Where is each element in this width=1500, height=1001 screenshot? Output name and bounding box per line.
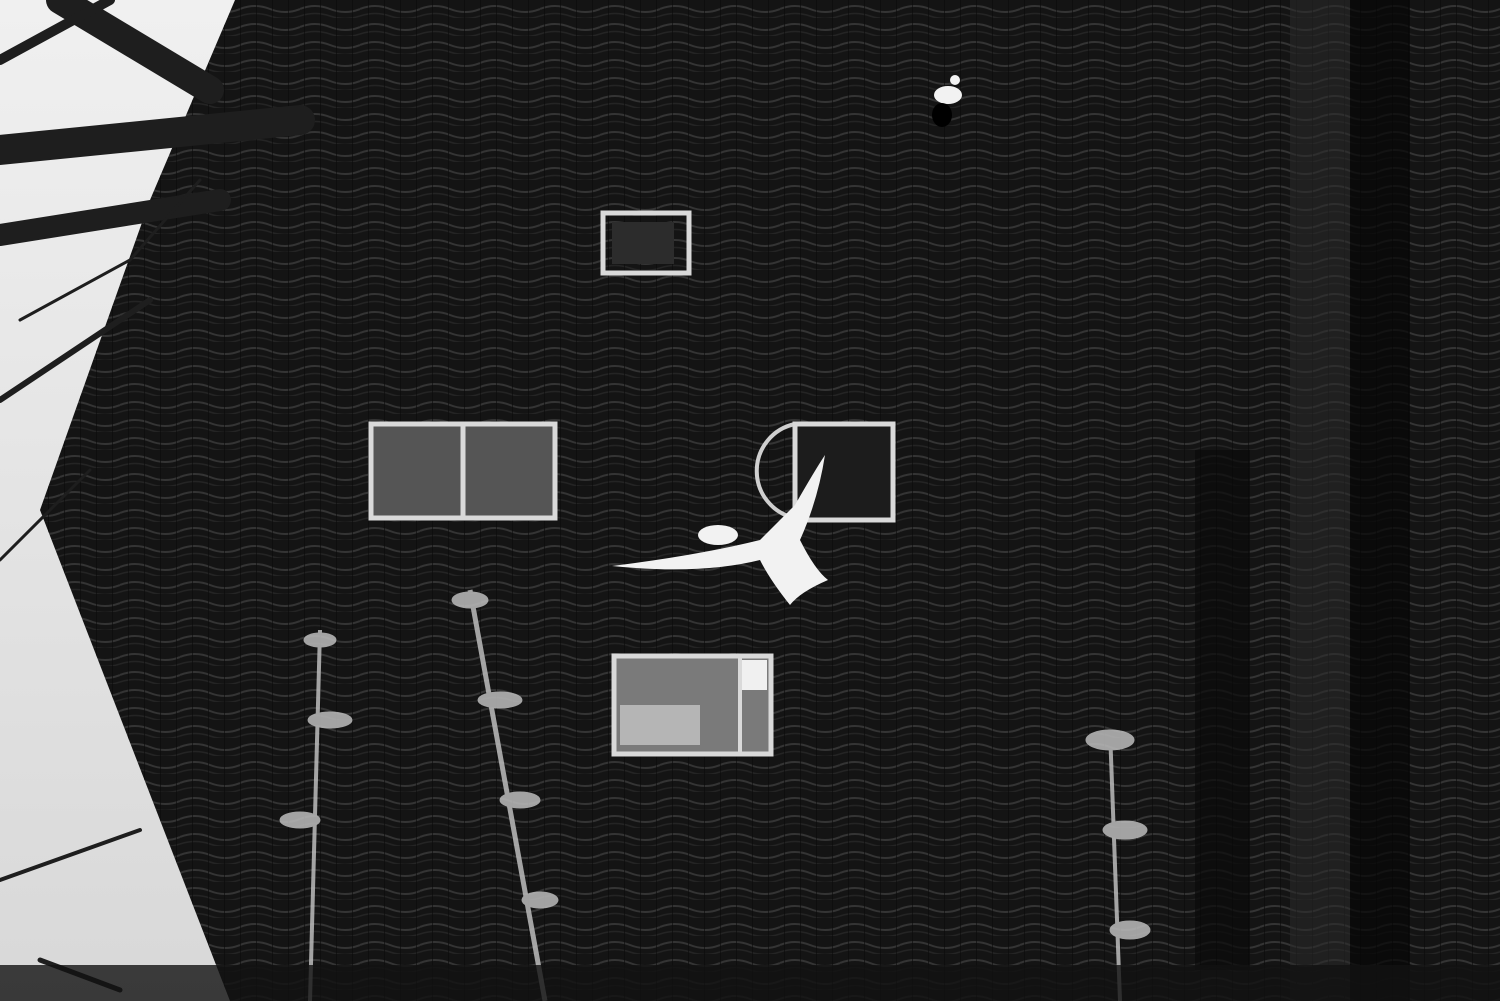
window-bottom — [614, 656, 771, 754]
photo-canvas — [0, 0, 1500, 1001]
building-facade — [40, 0, 1500, 1001]
pillar-right — [1290, 0, 1350, 1001]
window-left — [371, 424, 555, 518]
photograph — [0, 0, 1500, 1001]
